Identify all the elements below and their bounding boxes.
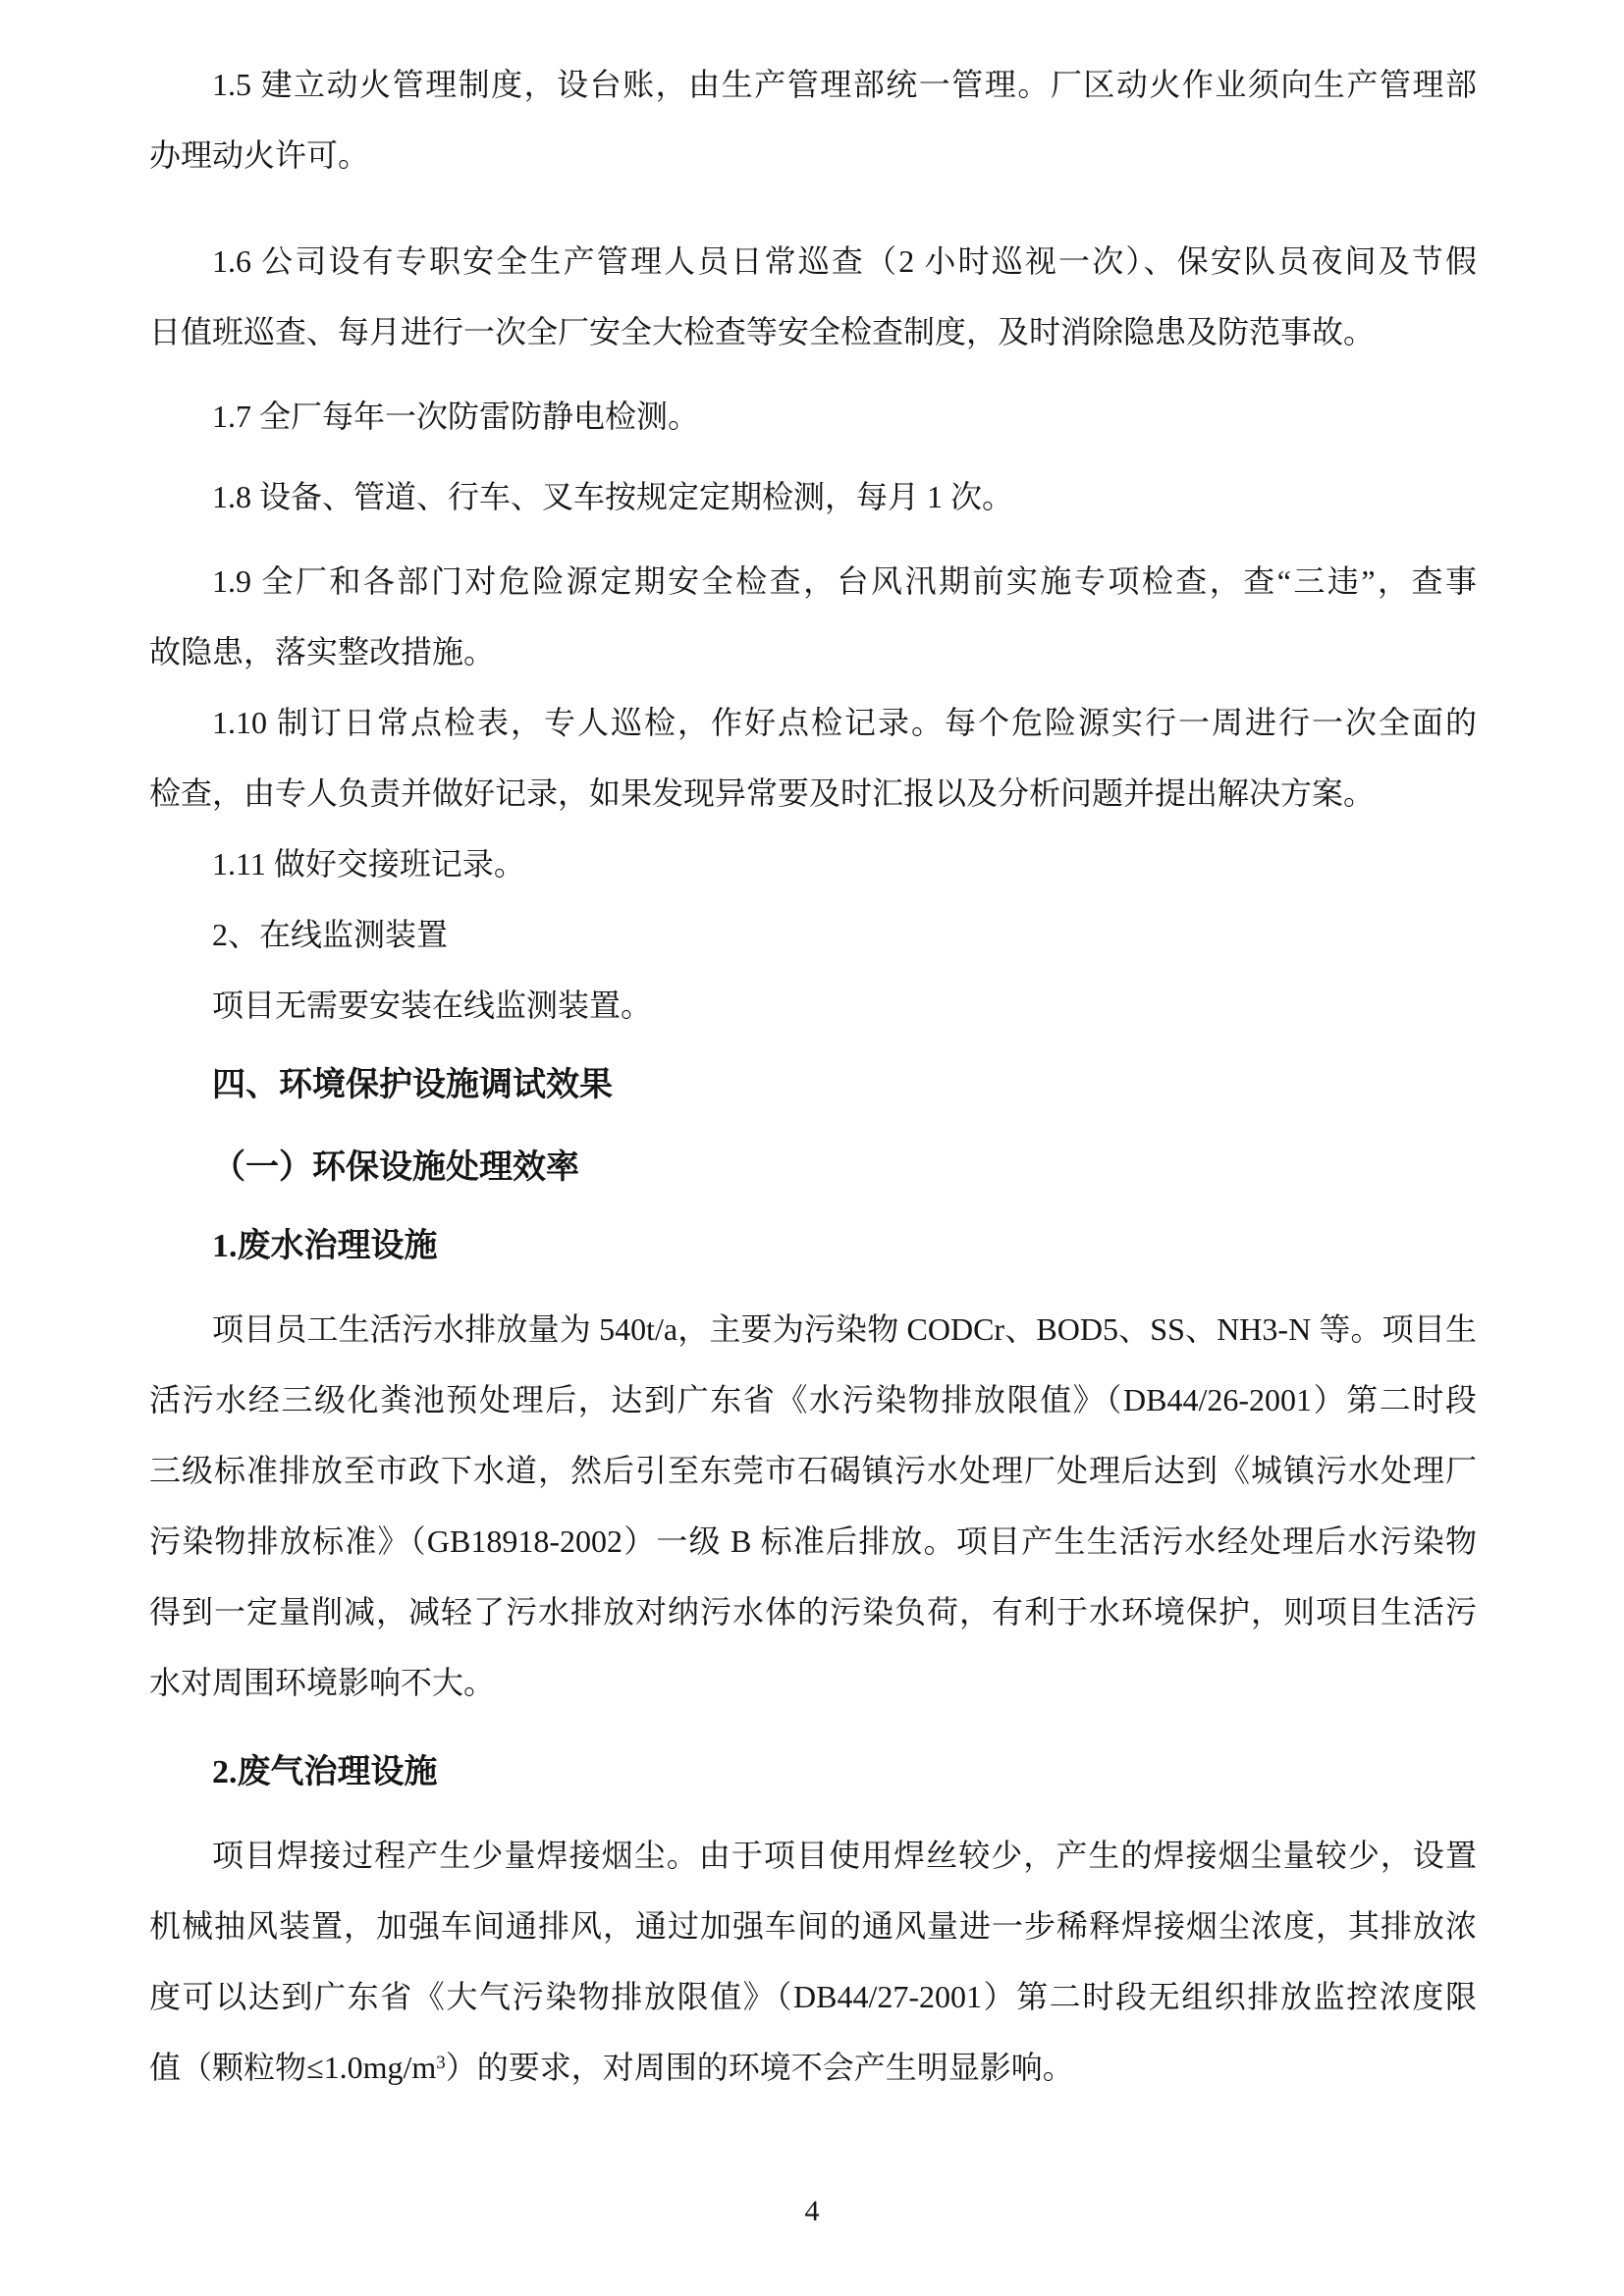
text-line: 水对周围环境影响不大。 bbox=[149, 1647, 1477, 1718]
heading-sub-1: （一）环保设施处理效率 bbox=[149, 1133, 1477, 1203]
document-page: 1.5 建立动火管理制度，设台账，由生产管理部统一管理。厂区动火作业须向生产管理… bbox=[0, 0, 1624, 2296]
heading-wastewater: 1.废水治理设施 bbox=[149, 1211, 1477, 1282]
text-line: 项目无需要安装在线监测装置。 bbox=[149, 970, 1477, 1041]
text-line: 2.废气治理设施 bbox=[149, 1737, 1477, 1808]
text-line: 1.7 全厂每年一次防雷防静电检测。 bbox=[149, 381, 1477, 452]
document-content: 1.5 建立动火管理制度，设台账，由生产管理部统一管理。厂区动火作业须向生产管理… bbox=[0, 0, 1624, 2109]
text-line: 度可以达到广东省《大气污染物排放限值》（DB44/27-2001）第二时段无组织… bbox=[149, 1961, 1477, 2032]
para-1-5: 1.5 建立动火管理制度，设台账，由生产管理部统一管理。厂区动火作业须向生产管理… bbox=[149, 49, 1477, 190]
text-line: 1.9 全厂和各部门对危险源定期安全检查，台风汛期前实施专项检查，查“三违”，查… bbox=[149, 546, 1477, 616]
text-line: （一）环保设施处理效率 bbox=[149, 1133, 1477, 1203]
heading-waste-gas: 2.废气治理设施 bbox=[149, 1737, 1477, 1808]
para-1-8: 1.8 设备、管道、行车、叉车按规定定期检测，每月 1 次。 bbox=[149, 461, 1477, 532]
heading-section-4: 四、环境保护设施调试效果 bbox=[149, 1050, 1477, 1121]
text-line: 项目焊接过程产生少量焊接烟尘。由于项目使用焊丝较少，产生的焊接烟尘量较少，设置 bbox=[149, 1820, 1477, 1891]
text-line: 1.10 制订日常点检表，专人巡检，作好点检记录。每个危险源实行一周进行一次全面… bbox=[149, 687, 1477, 758]
text-line: 故隐患，落实整改措施。 bbox=[149, 616, 1477, 687]
text-line: 1.6 公司设有专职安全生产管理人员日常巡查（2 小时巡视一次）、保安队员夜间及… bbox=[149, 226, 1477, 296]
page-number: 4 bbox=[805, 2195, 820, 2227]
text-line: 办理动火许可。 bbox=[149, 120, 1477, 190]
para-no-online-monitor: 项目无需要安装在线监测装置。 bbox=[149, 970, 1477, 1041]
text-line: 活污水经三级化粪池预处理后，达到广东省《水污染物排放限值》（DB44/26-20… bbox=[149, 1364, 1477, 1435]
para-1-6: 1.6 公司设有专职安全生产管理人员日常巡查（2 小时巡视一次）、保安队员夜间及… bbox=[149, 226, 1477, 367]
text-line: 日值班巡查、每月进行一次全厂安全大检查等安全检查制度，及时消除隐患及防范事故。 bbox=[149, 296, 1477, 367]
para-1-11: 1.11 做好交接班记录。 bbox=[149, 828, 1477, 899]
text-line: 项目员工生活污水排放量为 540t/a，主要为污染物 CODCr、BOD5、SS… bbox=[149, 1294, 1477, 1364]
text-line: 四、环境保护设施调试效果 bbox=[149, 1050, 1477, 1121]
text-line: 值（颗粒物≤1.0mg/m3）的要求，对周围的环境不会产生明显影响。 bbox=[149, 2032, 1477, 2109]
text-line: 2、在线监测装置 bbox=[149, 899, 1477, 970]
para-1-9: 1.9 全厂和各部门对危险源定期安全检查，台风汛期前实施专项检查，查“三违”，查… bbox=[149, 546, 1477, 687]
para-waste-gas: 项目焊接过程产生少量焊接烟尘。由于项目使用焊丝较少，产生的焊接烟尘量较少，设置机… bbox=[149, 1820, 1477, 2109]
text-line: 1.8 设备、管道、行车、叉车按规定定期检测，每月 1 次。 bbox=[149, 461, 1477, 532]
text-line: 1.11 做好交接班记录。 bbox=[149, 828, 1477, 899]
para-2-online-monitor: 2、在线监测装置 bbox=[149, 899, 1477, 970]
text-line: 三级标准排放至市政下水道，然后引至东莞市石碣镇污水处理厂处理后达到《城镇污水处理… bbox=[149, 1435, 1477, 1506]
text-line: 1.废水治理设施 bbox=[149, 1211, 1477, 1282]
text-segment: ）的要求，对周围的环境不会产生明显影响。 bbox=[446, 2050, 1074, 2085]
page-footer: 4 bbox=[0, 2192, 1624, 2231]
para-1-10: 1.10 制订日常点检表，专人巡检，作好点检记录。每个危险源实行一周进行一次全面… bbox=[149, 687, 1477, 828]
superscript: 3 bbox=[436, 2053, 446, 2073]
text-line: 机械抽风装置，加强车间通排风，通过加强车间的通风量进一步稀释焊接烟尘浓度，其排放… bbox=[149, 1891, 1477, 1961]
para-wastewater: 项目员工生活污水排放量为 540t/a，主要为污染物 CODCr、BOD5、SS… bbox=[149, 1294, 1477, 1718]
text-line: 1.5 建立动火管理制度，设台账，由生产管理部统一管理。厂区动火作业须向生产管理… bbox=[149, 49, 1477, 120]
text-line: 得到一定量削减，减轻了污水排放对纳污水体的污染负荷，有利于水环境保护，则项目生活… bbox=[149, 1576, 1477, 1647]
para-1-7: 1.7 全厂每年一次防雷防静电检测。 bbox=[149, 381, 1477, 452]
text-segment: 值（颗粒物≤1.0mg/m bbox=[149, 2050, 436, 2085]
text-line: 污染物排放标准》（GB18918-2002）一级 B 标准后排放。项目产生生活污… bbox=[149, 1506, 1477, 1576]
text-line: 检查，由专人负责并做好记录，如果发现异常要及时汇报以及分析问题并提出解决方案。 bbox=[149, 758, 1477, 828]
